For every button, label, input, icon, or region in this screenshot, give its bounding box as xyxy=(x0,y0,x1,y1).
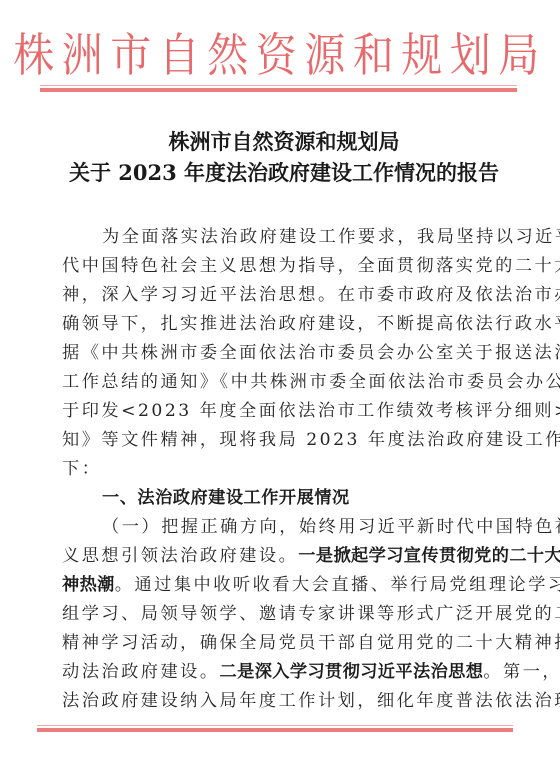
section-text: 。通过集中收听收看大会直播、举行局党组理论学习中心 xyxy=(115,575,560,595)
section-text: 组学习、局领导领学、邀请专家讲课等形式广泛开展党的二十大 xyxy=(62,604,560,624)
body-line: 于印发<2023 年度全面依法治市工作绩效考核评分细则>的通 xyxy=(62,397,505,426)
masthead-red-rule xyxy=(40,88,517,92)
body-line: 确领导下，扎实推进法治政府建设，不断提高依法行政水平。根 xyxy=(62,310,505,339)
document-title-line-2: 关于 2023 年度法治政府建设工作情况的报告 xyxy=(4,158,560,188)
document-body: 为全面落实法治政府建设工作要求，我局坚持以习近平新时 代中国特色社会主义思想为指… xyxy=(62,223,505,716)
body-line: 据《中共株洲市委全面依法治市委员会办公室关于报送法治建设 xyxy=(62,339,505,368)
body-line: 神，深入学习习近平法治思想。在市委市政府及依法治市办的正 xyxy=(62,281,505,310)
section-emphasis: 二是深入学习贯彻习近平法治思想 xyxy=(220,662,484,682)
section-text: 法治政府建设纳入局年度工作计划，细化年度普法依法治理工作 xyxy=(62,691,560,711)
section-text: 动法治政府建设。 xyxy=(62,662,220,682)
section-line: 义思想引领法治政府建设。一是掀起学习宣传贯彻党的二十大精 xyxy=(62,542,505,571)
section-line: （一）把握正确方向，始终用习近平新时代中国特色社会主 xyxy=(62,513,505,542)
masthead-org-name: 株洲市自然资源和规划局 xyxy=(0,26,560,84)
footer-red-rule xyxy=(37,728,513,732)
body-line: 工作总结的通知》《中共株洲市委全面依法治市委员会办公室关 xyxy=(62,368,505,397)
section-line: 精神学习活动，确保全局党员干部自觉用党的二十大精神指导推 xyxy=(62,629,505,658)
section-text: 精神学习活动，确保全局党员干部自觉用党的二十大精神指导推 xyxy=(62,633,560,653)
body-line: 代中国特色社会主义思想为指导，全面贯彻落实党的二十大精 xyxy=(62,252,505,281)
section-text: （一）把握正确方向，始终用习近平新时代中国特色社会主 xyxy=(102,517,560,537)
body-line: 为全面落实法治政府建设工作要求，我局坚持以习近平新时 xyxy=(62,223,505,252)
body-line: 下： xyxy=(62,455,505,484)
section-heading: 一、法治政府建设工作开展情况 xyxy=(62,484,505,513)
section-emphasis: 一是掀起学习宣传贯彻党的二十大精 xyxy=(298,546,560,566)
section-line: 法治政府建设纳入局年度工作计划，细化年度普法依法治理工作 xyxy=(62,687,505,716)
section-line: 组学习、局领导领学、邀请专家讲课等形式广泛开展党的二十大 xyxy=(62,600,505,629)
section-emphasis: 神热潮 xyxy=(62,575,115,595)
section-text: 。第一，将 xyxy=(483,662,560,682)
section-line: 神热潮。通过集中收听收看大会直播、举行局党组理论学习中心 xyxy=(62,571,505,600)
section-text: 义思想引领法治政府建设。 xyxy=(62,546,298,566)
document-title-line-1: 株洲市自然资源和规划局 xyxy=(4,127,560,157)
body-line: 知》等文件精神，现将我局 2023 年度法治政府建设工作报告如 xyxy=(62,426,505,455)
section-line: 动法治政府建设。二是深入学习贯彻习近平法治思想。第一，将 xyxy=(62,658,505,687)
